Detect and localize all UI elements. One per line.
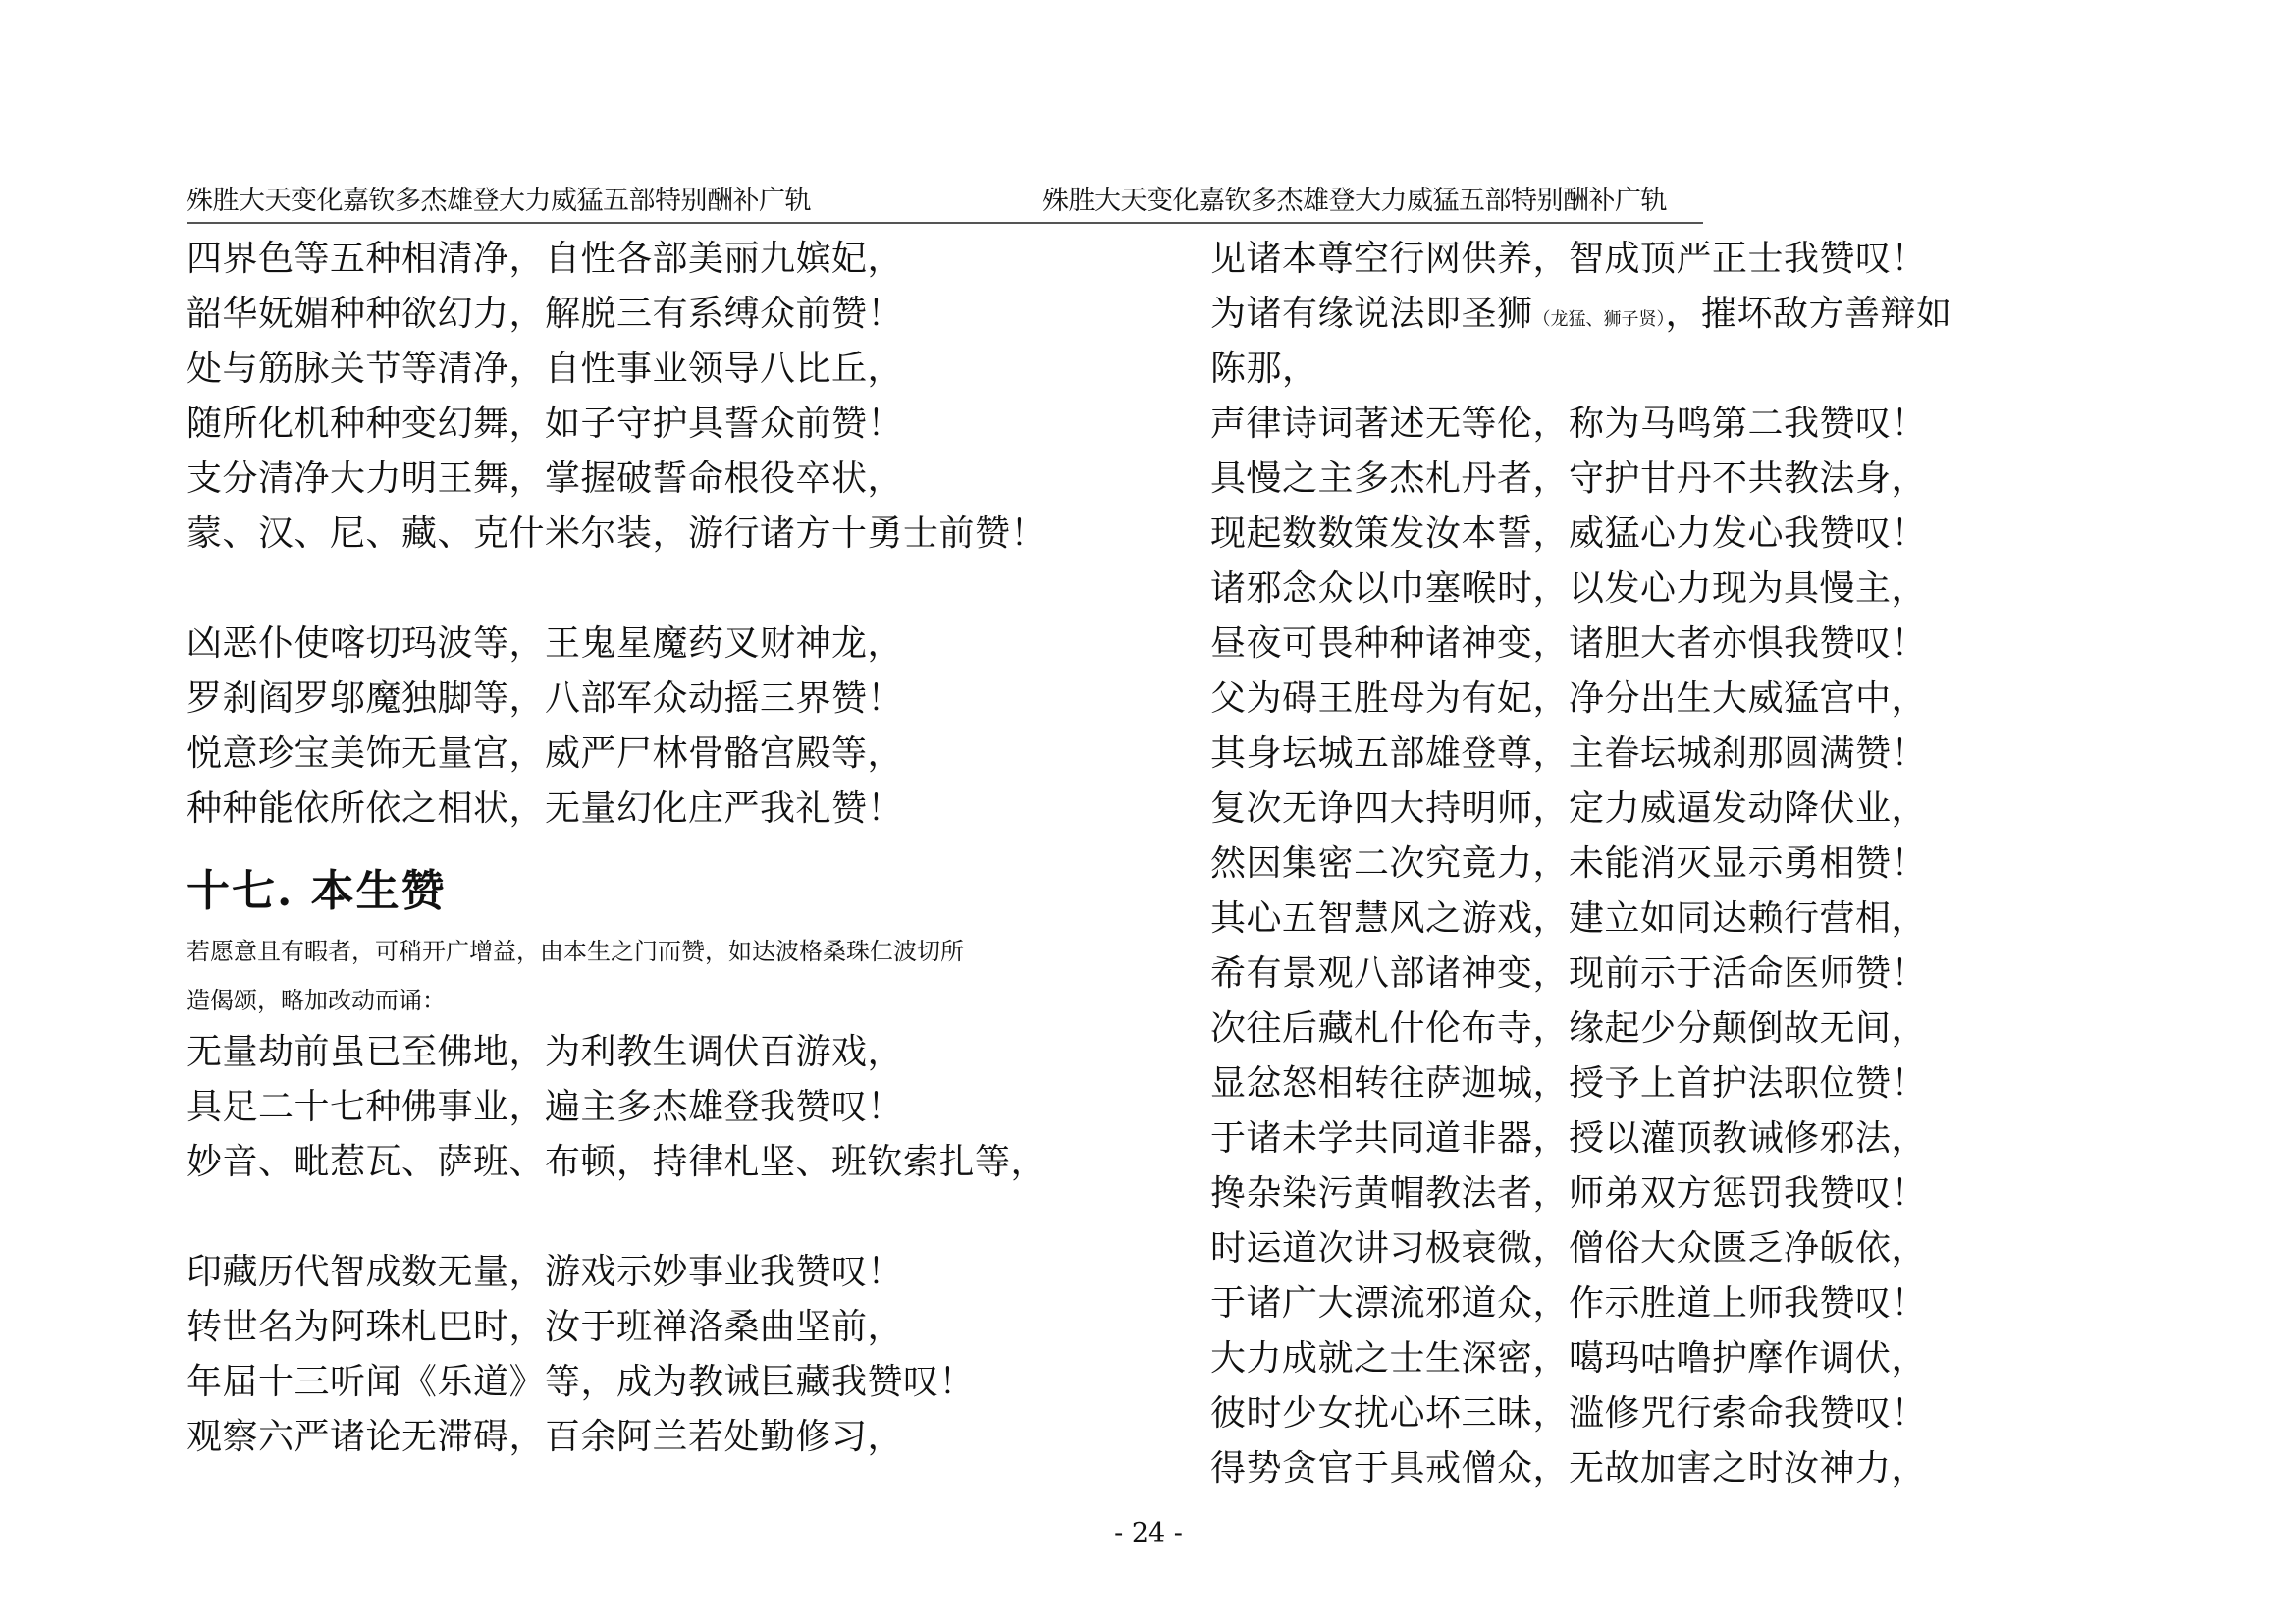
verse-line: 转世名为阿珠札巴时，汝于班禅洛桑曲坚前， [187,1300,1129,1355]
verse-line: 搀杂染污黄帽教法者，师弟双方惩罚我赞叹！ [1210,1166,2133,1221]
instruction-note: 若愿意且有暇者，可稍开广增益，由本生之门而赞，如达波格桑珠仁波切所 造偈颂，略加… [187,927,1129,1025]
verse-line: 为诸有缘说法即圣狮（龙猛、狮子贤），摧坏敌方善辩如 [1210,287,2133,342]
verse-line: 然因集密二次究竟力，未能消灭显示勇相赞！ [1210,837,2133,892]
verse-line: 年届十三听闻《乐道》等，成为教诫巨藏我赞叹！ [187,1355,1129,1410]
verse-line: 复次无诤四大持明师，定力威逼发动降伏业， [1210,782,2133,837]
verse-line: 陈那， [1210,342,2133,397]
stanza: 凶恶仆使喀切玛波等，王鬼星魔药叉财神龙， 罗刹阎罗邬魔独脚等，八部军众动摇三界赞… [187,617,1129,837]
stanza-gap [187,1190,1129,1245]
verse-line: 父为碍王胜母为有妃，净分出生大威猛宫中， [1210,672,2133,727]
right-column: 见诸本尊空行网供养，智成顶严正士我赞叹！ 为诸有缘说法即圣狮（龙猛、狮子贤），摧… [1210,232,2133,1496]
stanza: 无量劫前虽已至佛地，为利教生调伏百游戏， 具足二十七种佛事业，遍主多杰雄登我赞叹… [187,1025,1129,1190]
running-header-left: 殊胜大天变化嘉钦多杰雄登大力威猛五部特别酬补广轨 [187,185,811,218]
verse-line: 蒙、汉、尼、藏、克什米尔装，游行诸方十勇士前赞！ [187,507,1129,562]
verse-line: 四界色等五种相清净，自性各部美丽九嫔妃， [187,232,1129,287]
verse-line: 见诸本尊空行网供养，智成顶严正士我赞叹！ [1210,232,2133,287]
stanza: 印藏历代智成数无量，游戏示妙事业我赞叹！ 转世名为阿珠札巴时，汝于班禅洛桑曲坚前… [187,1245,1129,1465]
verse-line: 支分清净大力明王舞，掌握破誓命根役卒状， [187,452,1129,507]
verse-line: 大力成就之士生深密，噶玛咕噜护摩作调伏， [1210,1331,2133,1386]
running-header-right: 殊胜大天变化嘉钦多杰雄登大力威猛五部特别酬补广轨 [1042,185,1667,218]
verse-line: 次往后藏札什伦布寺，缘起少分颠倒故无间， [1210,1001,2133,1056]
verse-line: 其身坛城五部雄登尊，主眷坛城刹那圆满赞！ [1210,727,2133,782]
verse-line: 韶华妩媚种种欲幻力，解脱三有系缚众前赞！ [187,287,1129,342]
verse-line: 处与筋脉关节等清净，自性事业领导八比丘， [187,342,1129,397]
verse-line: 无量劫前虽已至佛地，为利教生调伏百游戏， [187,1025,1129,1080]
header-rule [187,222,1703,224]
verse-line: 昼夜可畏种种诸神变，诸胆大者亦惧我赞叹！ [1210,617,2133,672]
verse-line: 具足二十七种佛事业，遍主多杰雄登我赞叹！ [187,1080,1129,1135]
verse-line: 希有景观八部诸神变，现前示于活命医师赞！ [1210,947,2133,1001]
verse-line: 彼时少女扰心坏三昧，滥修咒行索命我赞叹！ [1210,1386,2133,1441]
verse-line: 得势贪官于具戒僧众，无故加害之时汝神力， [1210,1441,2133,1496]
page-number: - 24 - [1099,1517,1198,1550]
verse-line: 观察六严诸论无滞碍，百余阿兰若处勤修习， [187,1410,1129,1465]
left-column: 四界色等五种相清净，自性各部美丽九嫔妃， 韶华妩媚种种欲幻力，解脱三有系缚众前赞… [187,232,1129,1465]
verse-text: ，摧坏敌方善辩如 [1666,294,1952,334]
instruction-line: 若愿意且有暇者，可稍开广增益，由本生之门而赞，如达波格桑珠仁波切所 [187,927,1129,976]
verse-line: 时运道次讲习极衰微，僧俗大众匮乏净皈依， [1210,1221,2133,1276]
verse-line: 妙音、毗惹瓦、萨班、布顿，持律札坚、班钦索扎等， [187,1135,1129,1190]
verse-line: 现起数数策发汝本誓，威猛心力发心我赞叹！ [1210,507,2133,562]
verse-line: 其心五智慧风之游戏，建立如同达赖行营相， [1210,892,2133,947]
verse-line: 悦意珍宝美饰无量宫，威严尸林骨骼宫殿等， [187,727,1129,782]
verse-line: 罗刹阎罗邬魔独脚等，八部军众动摇三界赞！ [187,672,1129,727]
verse-line: 声律诗词著述无等伦，称为马鸣第二我赞叹！ [1210,397,2133,452]
section-heading: 十七. 本生赞 [187,856,1129,927]
verse-line: 诸邪念众以巾塞喉时，以发心力现为具慢主， [1210,562,2133,617]
verse-line: 随所化机种种变幻舞，如子守护具誓众前赞！ [187,397,1129,452]
verse-text: 为诸有缘说法即圣狮 [1210,294,1533,334]
instruction-line: 造偈颂，略加改动而诵： [187,976,1129,1025]
stanza: 四界色等五种相清净，自性各部美丽九嫔妃， 韶华妩媚种种欲幻力，解脱三有系缚众前赞… [187,232,1129,562]
stanza-gap [187,562,1129,617]
verse-line: 种种能依所依之相状，无量幻化庄严我礼赞！ [187,782,1129,837]
verse-line: 印藏历代智成数无量，游戏示妙事业我赞叹！ [187,1245,1129,1300]
verse-line: 显忿怒相转往萨迦城，授予上首护法职位赞！ [1210,1056,2133,1111]
verse-line: 凶恶仆使喀切玛波等，王鬼星魔药叉财神龙， [187,617,1129,672]
verse-line: 具慢之主多杰札丹者，守护甘丹不共教法身， [1210,452,2133,507]
inline-annotation: （龙猛、狮子贤） [1533,309,1666,330]
verse-line: 于诸未学共同道非器，授以灌顶教诫修邪法， [1210,1111,2133,1166]
verse-line: 于诸广大漂流邪道众，作示胜道上师我赞叹！ [1210,1276,2133,1331]
